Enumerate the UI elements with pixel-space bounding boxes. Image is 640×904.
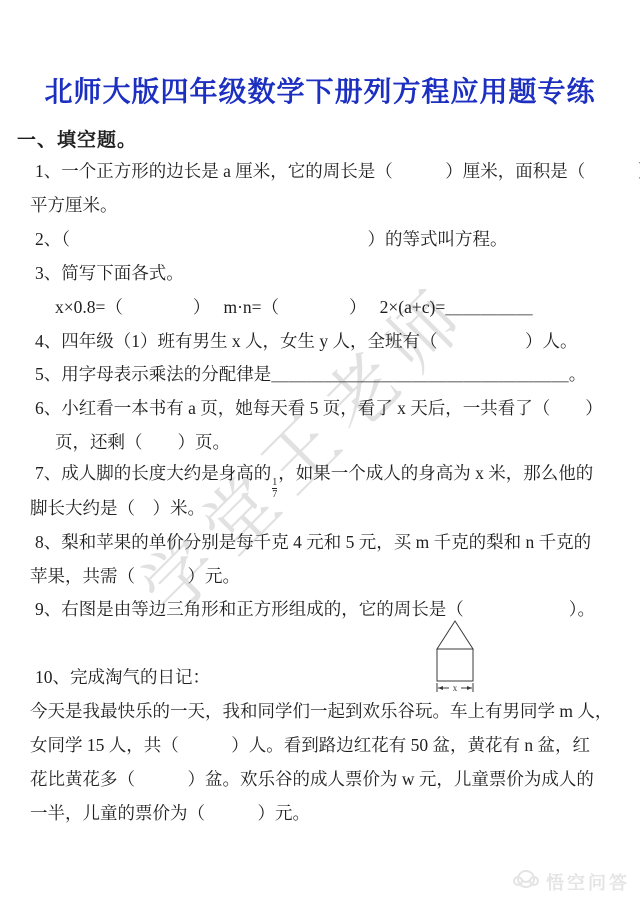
house-figure: x	[435, 620, 475, 699]
question-9: 9、右图是由等边三角形和正方形组成的，它的周长是（ ）。	[35, 598, 595, 620]
question-4: 4、四年级（1）班有男生 x 人，女生 y 人，全班有（ ）人。	[35, 330, 578, 352]
question-1-line-1: 1、一个正方形的边长是 a 厘米，它的周长是（ ）厘米，面积是（ ）	[35, 160, 640, 182]
brand-footer: 悟空问答	[513, 868, 630, 895]
question-10: 10、完成淘气的日记：	[35, 666, 210, 688]
question-6-line-2: 页，还剩（ ）页。	[55, 431, 230, 453]
question-7-text-before-fraction: 7、成人脚的长度大约是身高的	[35, 463, 271, 483]
fraction-denominator: 7	[272, 488, 277, 500]
page-title: 北师大版四年级数学下册列方程应用题专练	[0, 70, 640, 110]
question-8-line-1: 8、梨和苹果的单价分别是每千克 4 元和 5 元，买 m 千克的梨和 n 千克的	[35, 531, 591, 553]
triangle-square-diagram: x	[435, 620, 475, 694]
question-1-line-2: 平方厘米。	[30, 194, 118, 216]
question-8-line-2: 苹果，共需（ ）元。	[30, 565, 240, 587]
fraction-one-seventh: 17	[272, 478, 277, 500]
diary-line-2: 女同学 15 人，共（ ）人。看到路边红花有 50 盆，黄花有 n 盆，红	[30, 734, 590, 756]
worksheet-page: 学堂王老师 北师大版四年级数学下册列方程应用题专练 一、填空题。 1、一个正方形…	[0, 0, 640, 904]
brand-name: 悟空问答	[546, 869, 630, 895]
section-header: 一、填空题。	[17, 125, 137, 152]
dimension-label: x	[453, 683, 458, 693]
wukong-icon	[513, 868, 539, 895]
diary-line-1: 今天是我最快乐的一天，我和同学们一起到欢乐谷玩。车上有男同学 m 人，	[30, 700, 612, 722]
question-2: 2、（ ）的等式叫方程。	[35, 228, 508, 250]
question-3-line-1: 3、简写下面各式。	[35, 262, 184, 284]
question-3-line-2: x×0.8=（ ） m·n=（ ） 2×(a+c)=＿＿＿＿＿	[55, 296, 533, 318]
question-7-text-after-fraction: ，如果一个成人的身高为 x 米，那么他的	[278, 463, 593, 483]
question-5: 5、用字母表示乘法的分配律是＿＿＿＿＿＿＿＿＿＿＿＿＿＿＿＿＿。	[35, 363, 586, 385]
fraction-numerator: 1	[272, 478, 277, 488]
diary-line-3: 花比黄花多（ ）盆。欢乐谷的成人票价为 w 元，儿童票价为成人的	[30, 768, 594, 790]
question-7-line-2: 脚长大约是（ ）米。	[30, 497, 205, 519]
question-6-line-1: 6、小红看一本书有 a 页，她每天看 5 页，看了 x 天后，一共看了（ ）	[35, 397, 603, 419]
question-7-line-1: 7、成人脚的长度大约是身高的17，如果一个成人的身高为 x 米，那么他的	[35, 462, 593, 500]
diary-line-4: 一半，儿童的票价为（ ）元。	[30, 802, 310, 824]
